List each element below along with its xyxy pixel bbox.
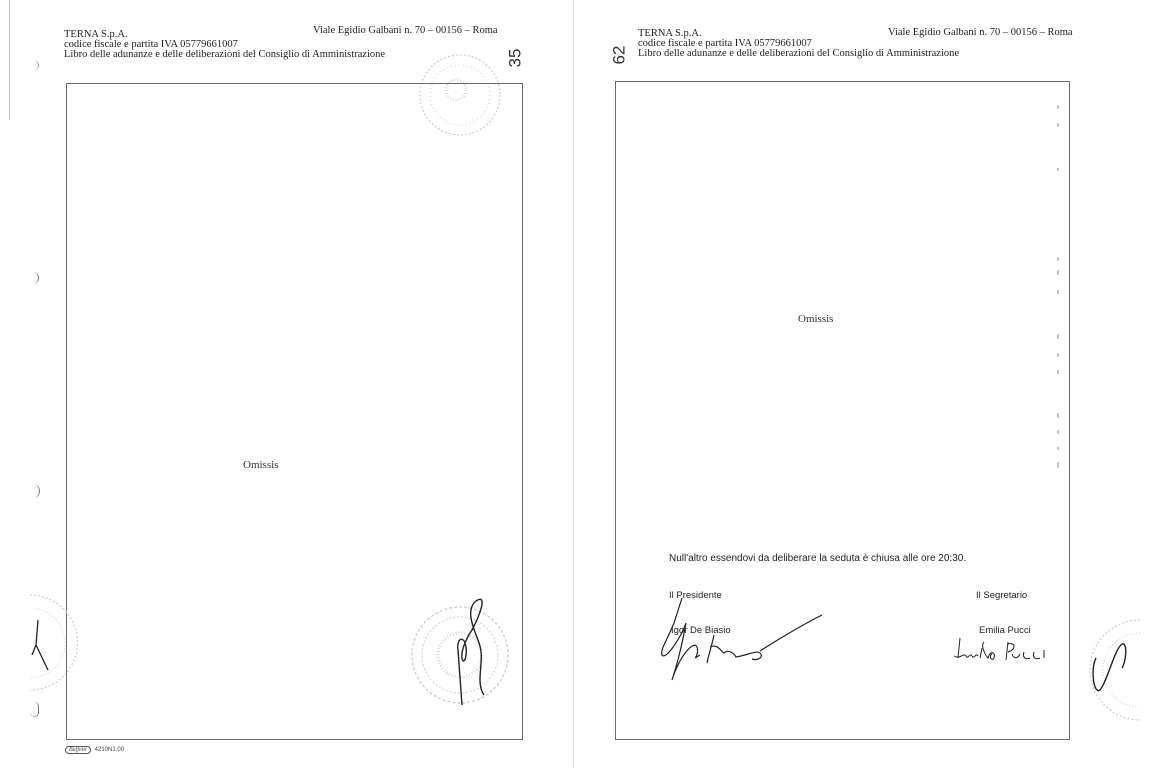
- form-code: 4210N1.00: [95, 747, 124, 753]
- signature-mark-icon: [1088, 640, 1128, 700]
- center-binding-line: [573, 0, 574, 768]
- closing-statement: Null'altro essendovi da deliberare la se…: [669, 553, 966, 564]
- omissis-text: Omissis: [798, 313, 833, 325]
- publisher-logo: Buffetti: [65, 746, 91, 754]
- punch-mark: [33, 484, 40, 498]
- signature-mark-icon: [28, 615, 58, 675]
- president-signature-icon: [652, 595, 827, 685]
- signature-icon: [450, 595, 500, 710]
- scan-artifacts: [1055, 100, 1061, 480]
- header-register: Libro delle adunanze e delle deliberazio…: [638, 48, 959, 59]
- punch-mark: [30, 702, 39, 717]
- secretary-signature-icon: [950, 636, 1050, 666]
- secretary-role: Il Segretario: [976, 590, 1027, 601]
- header-address: Viale Egidio Galbani n. 70 – 00156 – Rom…: [313, 25, 498, 36]
- omissis-text: Omissis: [243, 459, 278, 471]
- punch-mark: [32, 60, 39, 70]
- form-footer: Buffetti 4210N1.00: [65, 746, 124, 754]
- header-address: Viale Egidio Galbani n. 70 – 00156 – Rom…: [888, 27, 1073, 38]
- left-binding-line: [9, 0, 10, 120]
- punch-mark: [33, 272, 39, 284]
- page-number: 62: [609, 46, 629, 65]
- header-register: Libro delle adunanze e delle deliberazio…: [64, 49, 385, 60]
- secretary-name: Emilia Pucci: [979, 625, 1031, 636]
